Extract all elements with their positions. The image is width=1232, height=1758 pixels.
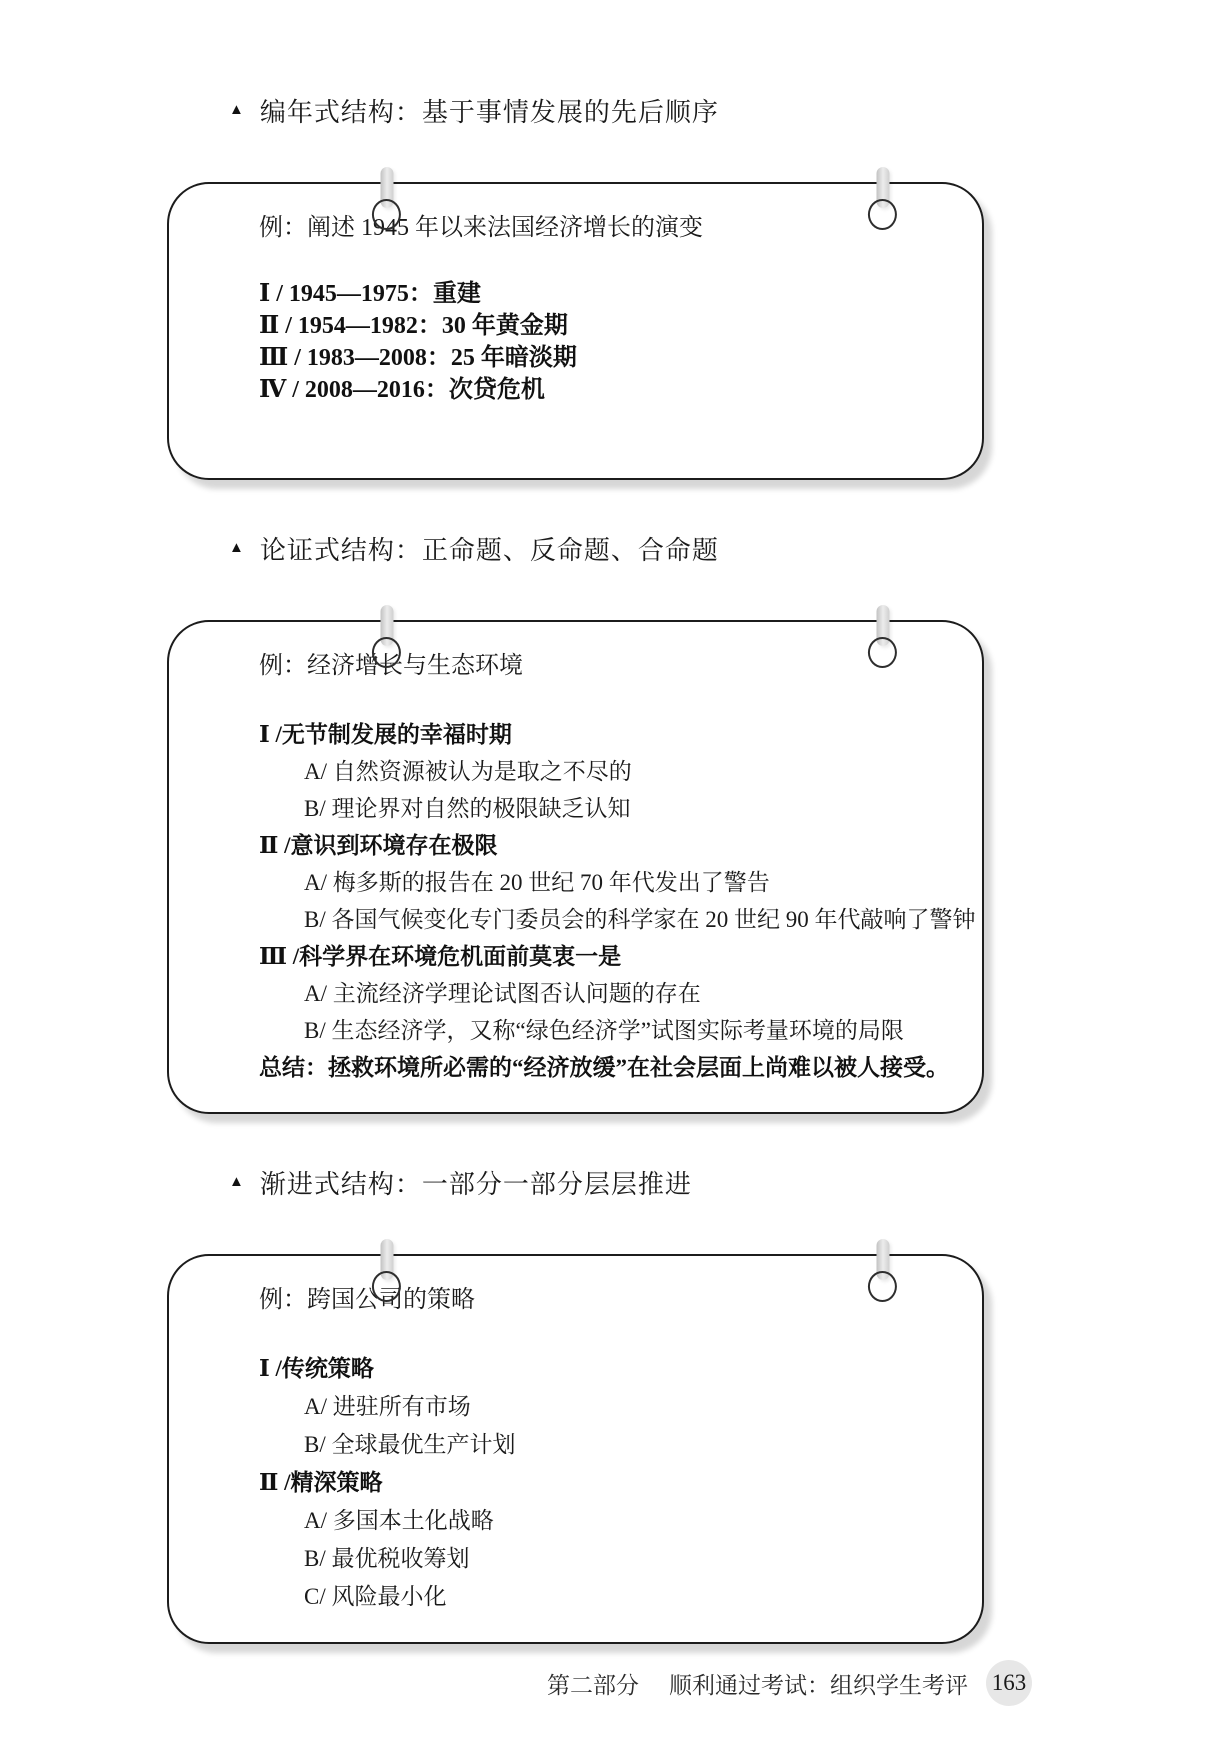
triangle-bullet-icon: ▲: [229, 103, 245, 118]
section-heading: ▲ 编年式结构：基于事情发展的先后顺序: [229, 92, 719, 128]
section-dialectical: ▲ 论证式结构：正命题、反命题、合命题 例：经济增长与生态环境 Ⅰ /无节制发展…: [0, 530, 984, 1114]
footer-title: 顺利通过考试：组织学生考评: [669, 1667, 968, 1700]
example-card: 例：阐述 1945 年以来法国经济增长的演变 Ⅰ / 1945—1975：重建 …: [167, 182, 984, 480]
section-progressive: ▲ 渐进式结构：一部分一部分层层推进 例：跨国公司的策略 Ⅰ /传统策略 A/ …: [0, 1164, 984, 1644]
example-label: 例：经济增长与生态环境: [259, 650, 954, 682]
pin-stem: [877, 1239, 890, 1280]
outline-line: Ⅰ /无节制发展的幸福时期: [259, 716, 954, 753]
section-heading-text: 渐进式结构：一部分一部分层层推进: [260, 1164, 692, 1201]
page-content: ▲ 编年式结构：基于事情发展的先后顺序 例：阐述 1945 年以来法国经济增长的…: [0, 0, 1232, 1644]
outline-line: C/ 风险最小化: [259, 1578, 954, 1616]
outline-line: Ⅲ /科学界在环境危机面前莫衷一是: [259, 938, 954, 975]
page-number-badge: 163: [986, 1660, 1032, 1706]
outline-line: B/ 最优税收筹划: [259, 1540, 954, 1578]
triangle-bullet-icon: ▲: [229, 1175, 245, 1190]
section-heading-text: 论证式结构：正命题、反命题、合命题: [260, 530, 719, 567]
outline-line: B/ 全球最优生产计划: [259, 1426, 954, 1464]
outline-line: Ⅱ / 1954—1982：30 年黄金期: [259, 310, 954, 342]
pin-stem: [381, 1239, 394, 1280]
example-card: 例：经济增长与生态环境 Ⅰ /无节制发展的幸福时期 A/ 自然资源被认为是取之不…: [167, 620, 984, 1114]
pin-stem: [877, 167, 890, 208]
outline-summary-line: 总结：拯救环境所必需的“经济放缓”在社会层面上尚难以被人接受。: [259, 1049, 954, 1086]
outline-line: A/ 进驻所有市场: [259, 1388, 954, 1426]
section-heading-text: 编年式结构：基于事情发展的先后顺序: [260, 92, 719, 129]
footer-part-label: 第二部分: [547, 1667, 639, 1700]
outline-line: Ⅱ /意识到环境存在极限: [259, 827, 954, 864]
triangle-bullet-icon: ▲: [229, 541, 245, 556]
section-chronological: ▲ 编年式结构：基于事情发展的先后顺序 例：阐述 1945 年以来法国经济增长的…: [0, 92, 984, 480]
outline-line: B/ 生态经济学，又称“绿色经济学”试图实际考量环境的局限: [259, 1012, 954, 1049]
outline-line: A/ 多国本土化战略: [259, 1502, 954, 1540]
outline-line: Ⅰ /传统策略: [259, 1350, 954, 1388]
outline-line: Ⅱ /精深策略: [259, 1464, 954, 1502]
outline-line: A/ 自然资源被认为是取之不尽的: [259, 753, 954, 790]
outline-line: A/ 梅多斯的报告在 20 世纪 70 年代发出了警告: [259, 864, 954, 901]
pin-stem: [381, 167, 394, 208]
outline-line: A/ 主流经济学理论试图否认问题的存在: [259, 975, 954, 1012]
outline-list: Ⅰ / 1945—1975：重建 Ⅱ / 1954—1982：30 年黄金期 Ⅲ…: [259, 278, 954, 406]
footer: 第二部分 顺利通过考试：组织学生考评 163: [547, 1660, 1032, 1706]
outline-line: Ⅲ / 1983—2008：25 年暗淡期: [259, 342, 954, 374]
outline-list: Ⅰ /无节制发展的幸福时期 A/ 自然资源被认为是取之不尽的 B/ 理论界对自然…: [259, 716, 954, 1086]
example-label: 例：跨国公司的策略: [259, 1284, 954, 1316]
section-heading: ▲ 论证式结构：正命题、反命题、合命题: [229, 530, 719, 566]
example-card: 例：跨国公司的策略 Ⅰ /传统策略 A/ 进驻所有市场 B/ 全球最优生产计划 …: [167, 1254, 984, 1644]
outline-line: B/ 理论界对自然的极限缺乏认知: [259, 790, 954, 827]
example-label: 例：阐述 1945 年以来法国经济增长的演变: [259, 212, 954, 244]
outline-line: B/ 各国气候变化专门委员会的科学家在 20 世纪 90 年代敲响了警钟: [259, 901, 954, 938]
outline-line: Ⅳ / 2008—2016：次贷危机: [259, 374, 954, 406]
pin-stem: [877, 605, 890, 646]
pin-stem: [381, 605, 394, 646]
section-heading: ▲ 渐进式结构：一部分一部分层层推进: [229, 1164, 692, 1200]
outline-list: Ⅰ /传统策略 A/ 进驻所有市场 B/ 全球最优生产计划 Ⅱ /精深策略 A/…: [259, 1350, 954, 1616]
outline-line: Ⅰ / 1945—1975：重建: [259, 278, 954, 310]
